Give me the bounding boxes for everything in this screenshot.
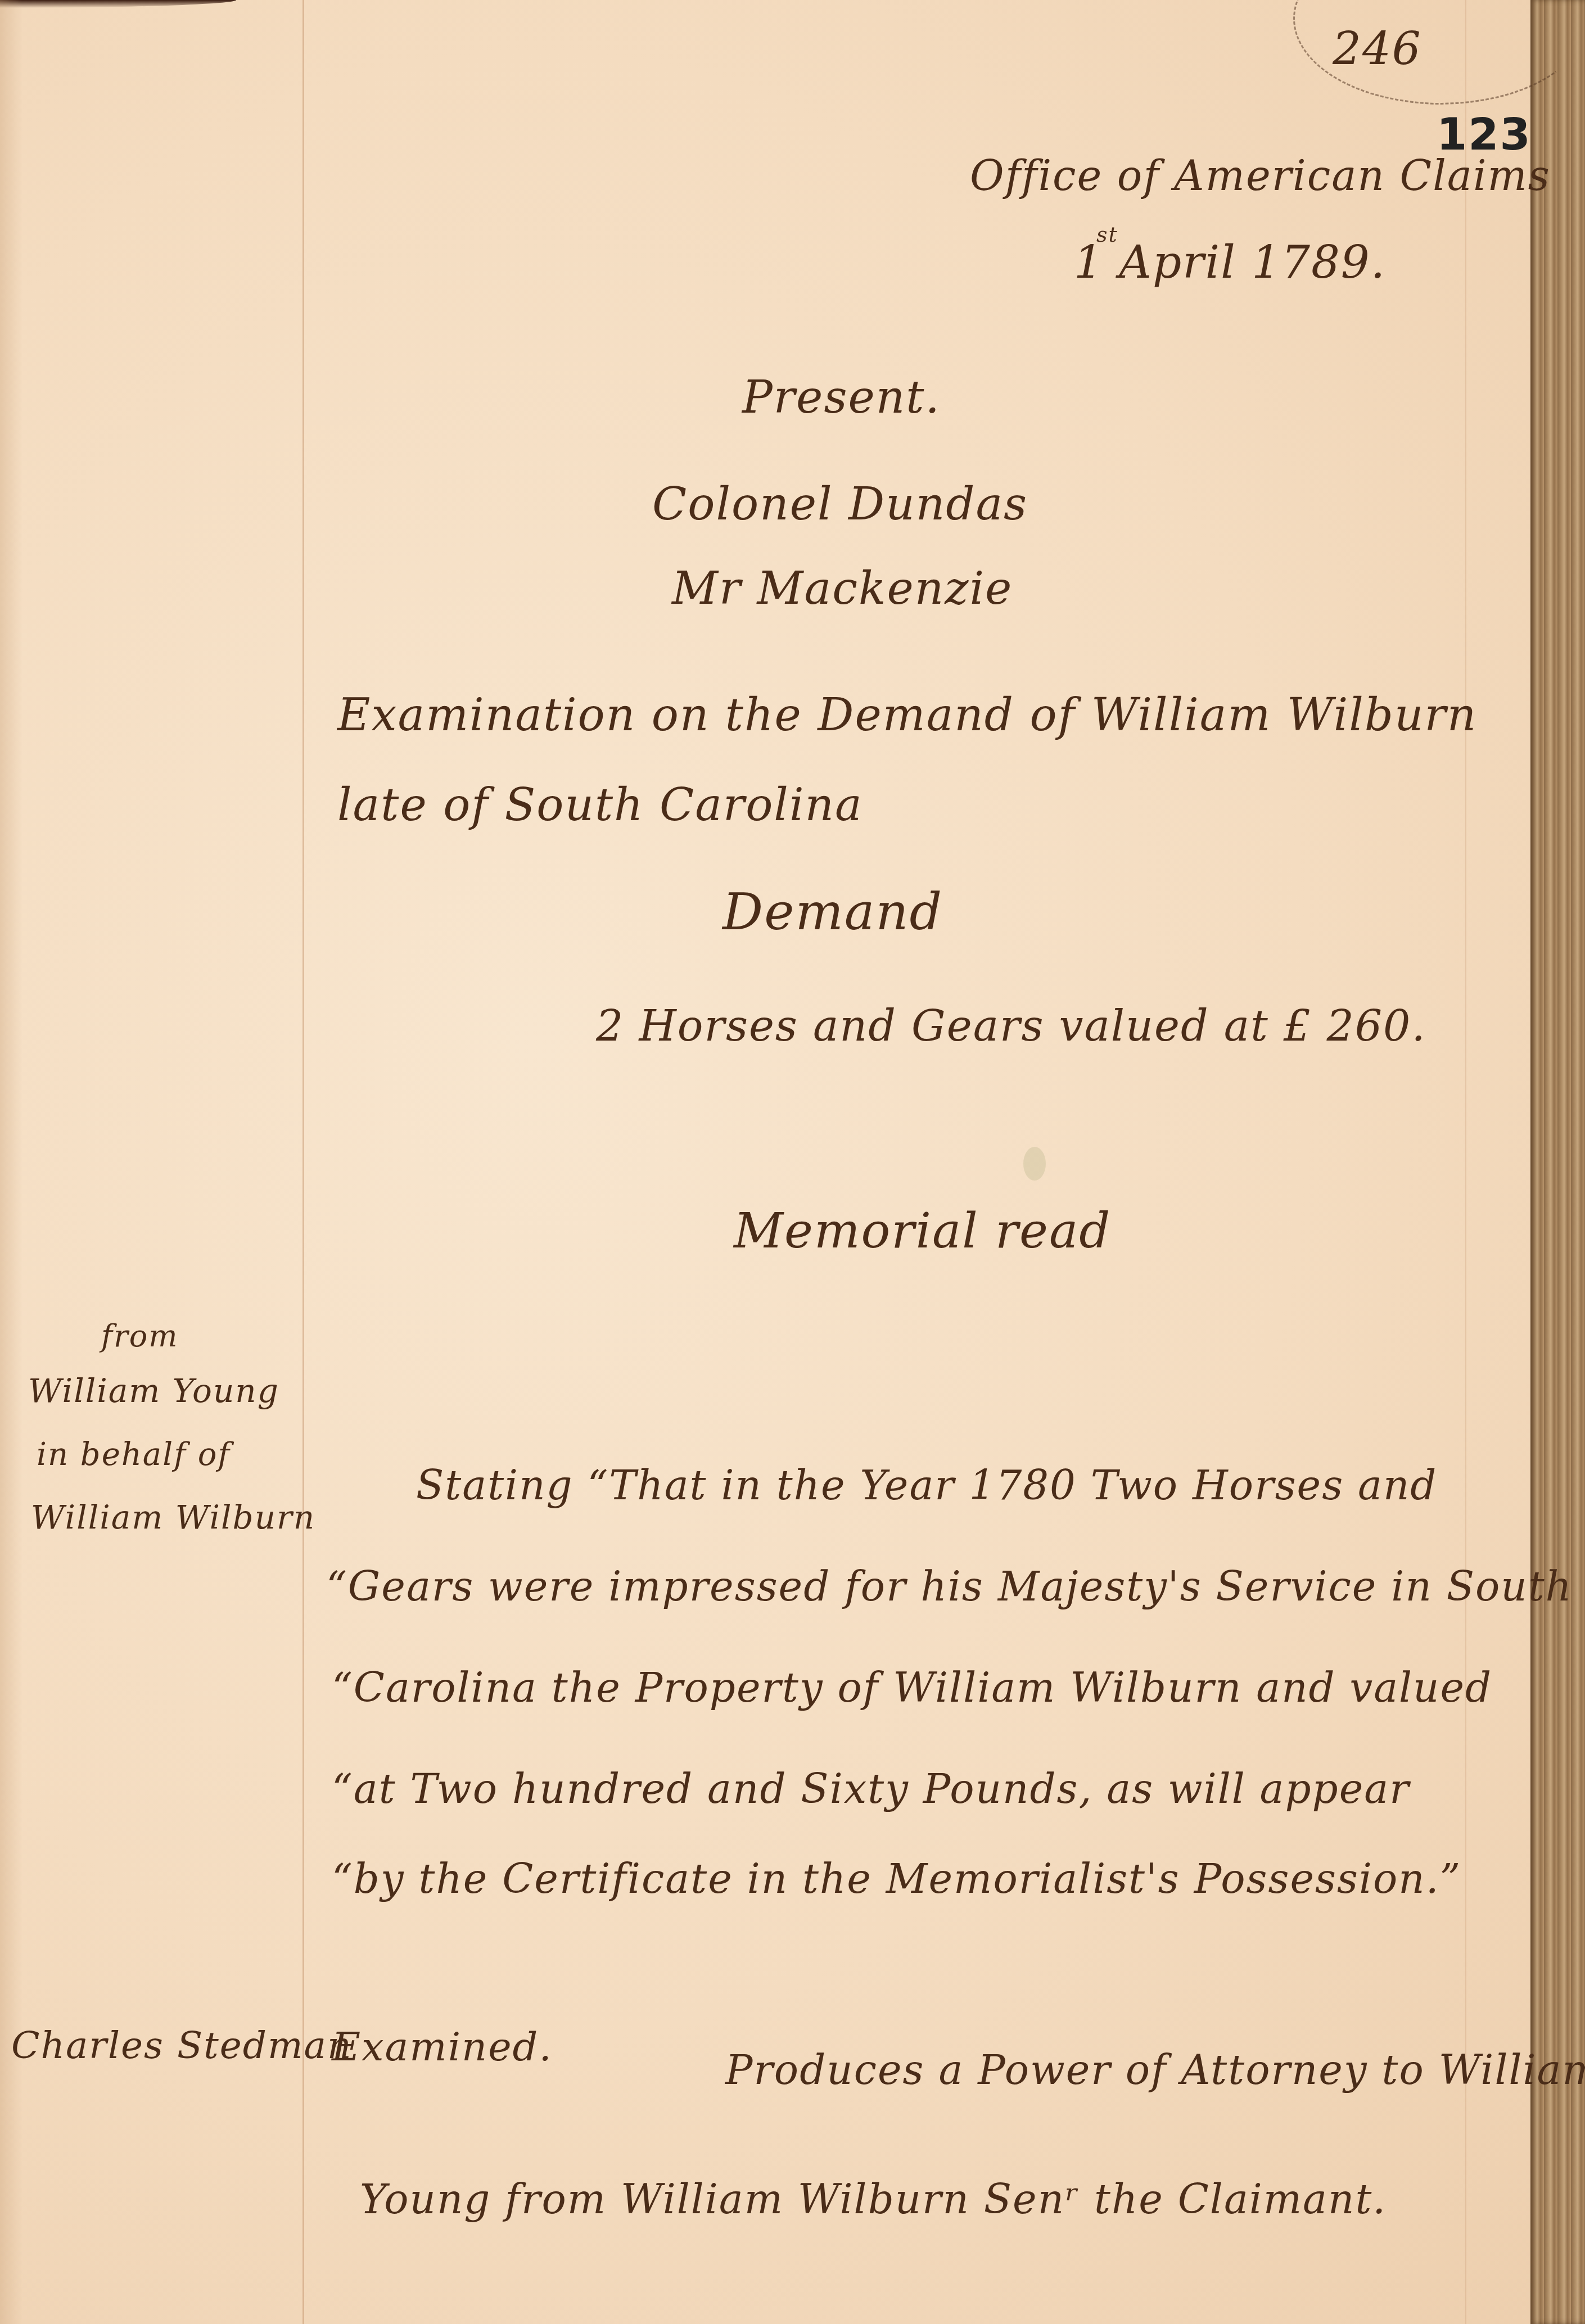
margin-note-line: William Wilburn [31,1498,315,1536]
margin-rule [302,0,304,2324]
witness-line: Produces a Power of Attorney to William [725,2046,1585,2094]
present-member: Mr Mackenzie [672,562,1013,614]
memorial-line: Stating “That in the Year 1780 Two Horse… [416,1462,1437,1509]
memorial-heading: Memorial read [734,1203,1111,1259]
present-heading: Present. [742,371,941,423]
paper-stain [1023,1147,1046,1181]
memorial-line: “Carolina the Property of William Wilbur… [332,1664,1492,1711]
margin-note-line: in behalf of [37,1436,231,1473]
memorial-line: “by the Certificate in the Memorialist's… [332,1855,1461,1902]
present-member: Colonel Dundas [652,478,1028,530]
examination-line: Examination on the Demand of William Wil… [337,689,1477,741]
margin-note-line: William Young [28,1372,279,1410]
demand-text: 2 Horses and Gears valued at £ 260. [596,1001,1426,1051]
ledger-page [0,0,1530,2324]
right-rule [1465,0,1466,2324]
witness-margin-name: Charles Stedman [11,2024,352,2067]
memorial-line: “Gears were impressed for his Majesty's … [326,1563,1573,1610]
witness-line: Young from William Wilburn Senʳ the Clai… [360,2176,1387,2223]
witness-examined-label: Examined. [332,2024,553,2070]
office-heading: Office of American Claims [970,152,1551,200]
folio-number: 246 [1333,22,1422,75]
entry-date: 1 April 1789. [1074,236,1386,288]
margin-note-line: from [101,1318,179,1354]
memorial-line: “at Two hundred and Sixty Pounds, as wil… [332,1765,1410,1812]
examination-line: late of South Carolina [337,779,863,831]
book-page-edges [1530,0,1585,2324]
demand-heading: Demand [722,883,943,942]
page-gutter-shade [0,0,22,2324]
